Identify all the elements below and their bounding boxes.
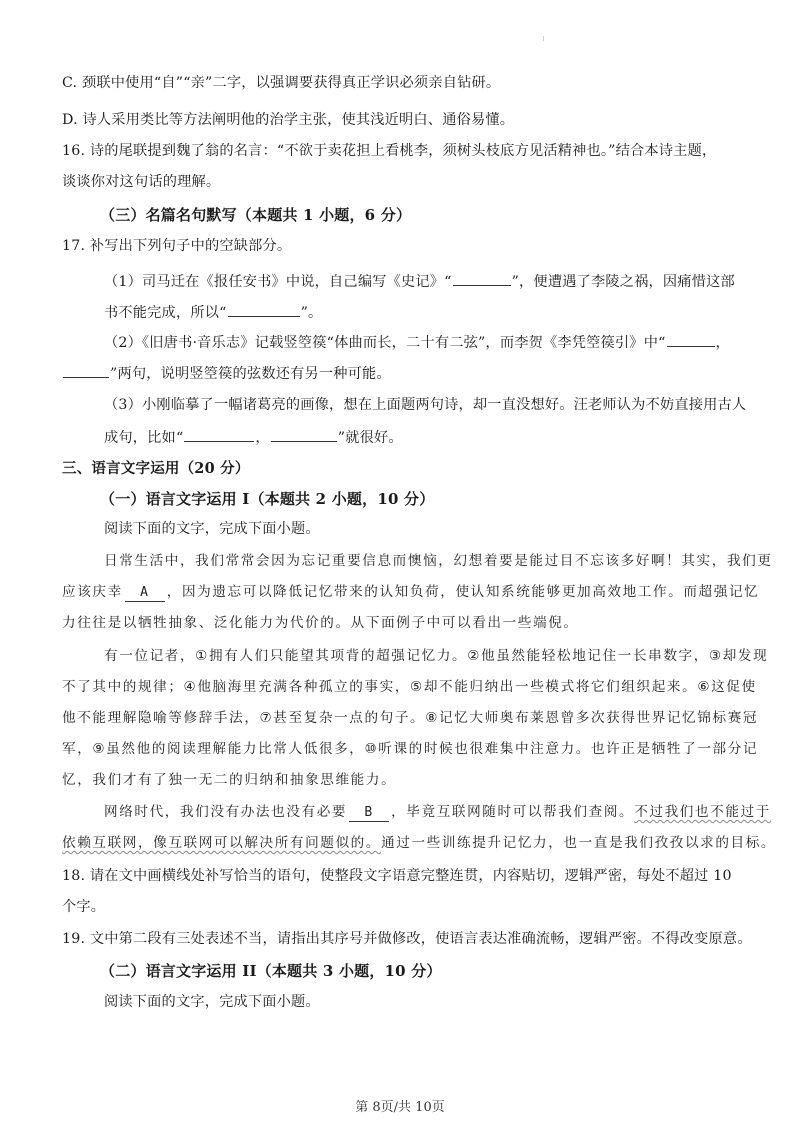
answer-blank[interactable] bbox=[63, 362, 109, 378]
passage-p2-line3: 他不能理解隐喻等修辞手法，⑦甚至复杂一点的句子。⑧记忆大师奥布莱恩曾多次获得世界… bbox=[62, 708, 758, 728]
option-d: D. 诗人采用类比等方法阐明他的治学主张，使其浅近明白、通俗易懂。 bbox=[62, 110, 514, 130]
reading-instruction-2: 阅读下面的文字，完成下面小题。 bbox=[104, 992, 320, 1012]
blank-b[interactable]: B bbox=[349, 805, 389, 822]
page-number: 第 8页/共 10页 bbox=[0, 1096, 800, 1115]
q17-item2-line2: ”两句，说明竖箜篌的弦数还有另一种可能。 bbox=[62, 362, 391, 384]
question-16-line1: 16. 诗的尾联提到魏了翁的名言：“不欲于卖花担上看桃李，须树头枝底方见活精神也… bbox=[62, 141, 716, 161]
q17-item1-line2: 书不能完成，所以“”。 bbox=[104, 301, 322, 323]
answer-blank[interactable] bbox=[184, 426, 254, 442]
passage-p2-line4: 军，⑨虽然他的阅读理解能力比常人低很多，⑩听课的时候也很难集中注意力。也许正是牺… bbox=[62, 739, 758, 759]
question-19: 19. 文中第二段有三处表述不当，请指出其序号并做修改，使语言表达准确流畅，逻辑… bbox=[62, 929, 752, 949]
answer-blank[interactable] bbox=[453, 270, 511, 286]
wavy-underlined-sentence: 依赖互联网，像互联网可以解决所有问题似的。 bbox=[62, 835, 381, 851]
reading-instruction-1: 阅读下面的文字，完成下面小题。 bbox=[104, 519, 320, 539]
question-17: 17. 补写出下列句子中的空缺部分。 bbox=[62, 236, 291, 256]
passage-p1-line3: 力往往是以牺牲抽象、泛化能力为代价的。从下面例子中可以看出一些端倪。 bbox=[62, 613, 579, 633]
passage-p1-line1: 日常生活中，我们常常会因为忘记重要信息而懊恼，幻想着要是能过目不忘该多好啊！其实… bbox=[104, 551, 773, 571]
q17-item3-line1: （3）小刚临摹了一幅诸葛亮的画像，想在上面题两句诗，却一直没想好。汪老师认为不妨… bbox=[104, 395, 746, 415]
q17-item1-line1: （1）司马迁在《报任安书》中说，自己编写《史记》“”，便遭遇了李陵之祸，因痛惜这… bbox=[104, 270, 735, 292]
question-18-line1: 18. 请在文中画横线处补写恰当的语句，使整段文字语意完整连贯，内容贴切，逻辑严… bbox=[62, 866, 732, 886]
passage-p2-line2: 不了其中的规律；④他脑海里充满各种孤立的事实，⑤却不能归纳出一些模式将它们组织起… bbox=[62, 677, 757, 697]
passage-p3-line1: 网络时代，我们没有办法也没有必要B，毕竟互联网随时可以帮我们查阅。不过我们也不能… bbox=[104, 802, 771, 822]
section-heading-language-use-1: （一）语言文字运用 I（本题共 2 小题，10 分） bbox=[100, 489, 434, 509]
section-heading-language-use-2: （二）语言文字运用 II（本题共 3 小题，10 分） bbox=[100, 961, 442, 981]
passage-p1-line2: 应该庆幸A，因为遗忘可以降低记忆带来的认知负荷，使认知系统能够更加高效地工作。而… bbox=[62, 582, 759, 602]
passage-p3-line2: 依赖互联网，像互联网可以解决所有问题似的。通过一些训练提升记忆力，也一直是我们孜… bbox=[62, 833, 776, 853]
blank-a[interactable]: A bbox=[125, 585, 165, 602]
answer-blank[interactable] bbox=[667, 331, 715, 347]
passage-p2-line5: 忆，我们才有了独一无二的归纳和抽象思维能力。 bbox=[62, 770, 396, 790]
q17-item3-line2: 成句，比如“，”就很好。 bbox=[104, 426, 403, 448]
section-heading-famous-lines: （三）名篇名句默写（本题共 1 小题，6 分） bbox=[100, 205, 411, 225]
part3-heading: 三、语言文字运用（20 分） bbox=[62, 459, 250, 479]
wavy-underlined-sentence: 不过我们也不能过于 bbox=[634, 804, 771, 820]
option-c: C. 颈联中使用“自”“亲”二字，以强调要获得真正学识必须亲自钻研。 bbox=[62, 73, 500, 93]
scan-mark bbox=[543, 36, 544, 41]
answer-blank[interactable] bbox=[228, 301, 300, 317]
question-16-line2: 谈谈你对这句话的理解。 bbox=[62, 172, 220, 192]
answer-blank[interactable] bbox=[271, 426, 337, 442]
passage-p2-line1: 有一位记者，①拥有人们只能望其项背的超强记忆力。②他虽然能轻松地记住一长串数字，… bbox=[104, 646, 768, 666]
exam-page: C. 颈联中使用“自”“亲”二字，以强调要获得真正学识必须亲自钻研。 D. 诗人… bbox=[0, 0, 800, 1132]
q17-item2-line1: （2）《旧唐书·音乐志》记载竖箜篌“体曲而长，二十有二弦”，而李贺《李凭箜篌引》… bbox=[104, 331, 730, 353]
question-18-line2: 个字。 bbox=[62, 897, 105, 917]
